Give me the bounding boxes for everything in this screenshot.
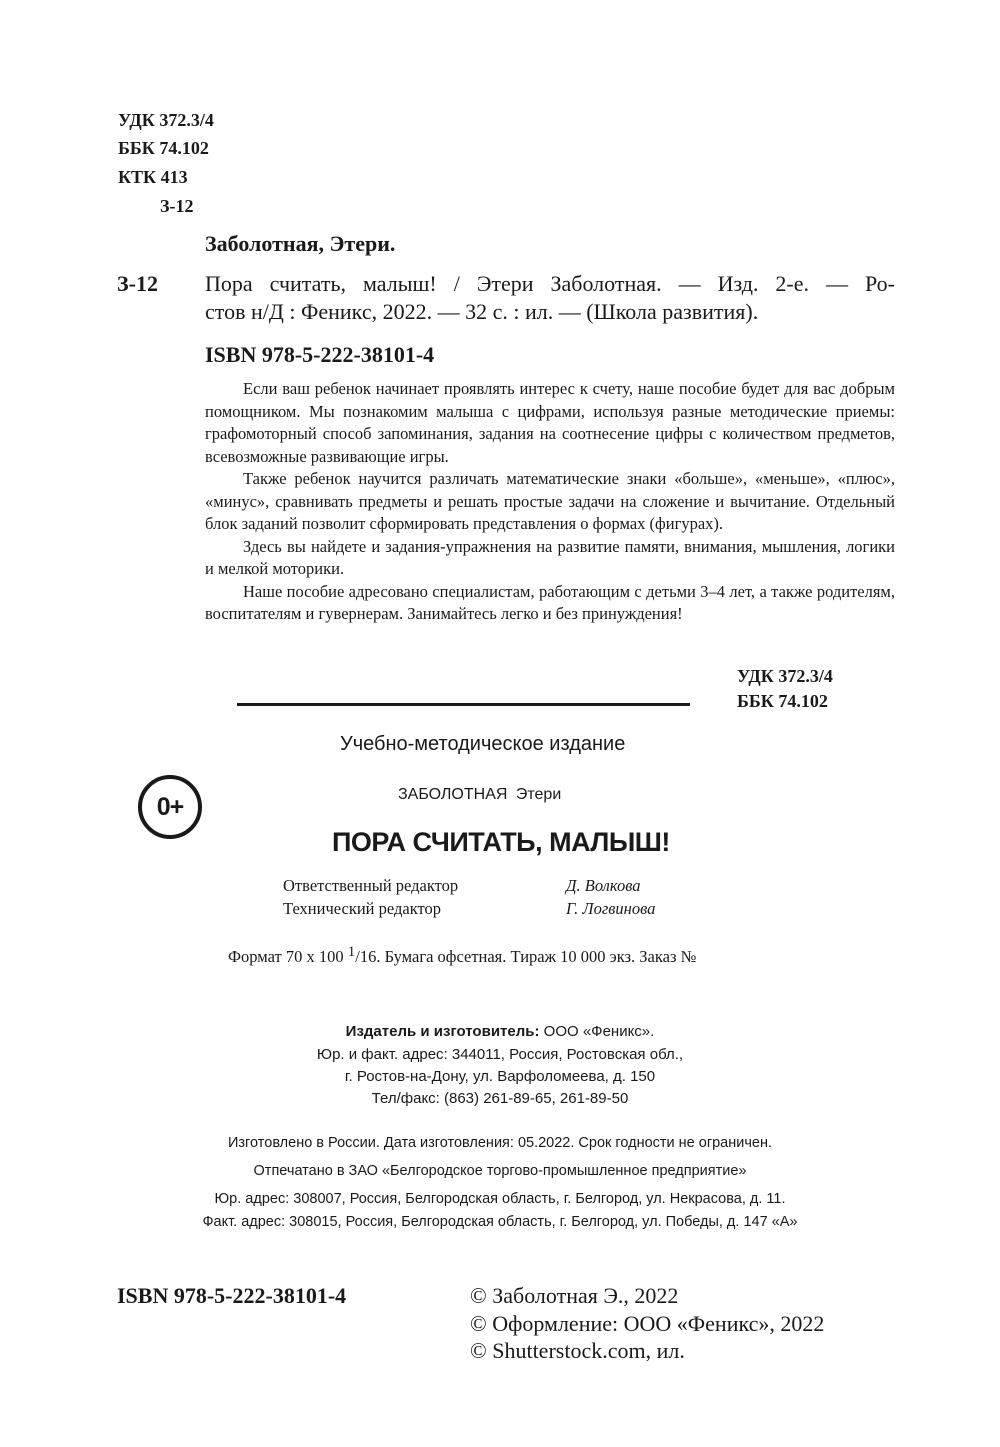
ktk-code: КТК 413 xyxy=(118,167,188,188)
printed-by: Отпечатано в ЗАО «Белгородское торгово-п… xyxy=(0,1163,1000,1179)
author-name: Этери xyxy=(516,786,561,803)
publisher-address-2: г. Ростов-на-Дону, ул. Варфоломеева, д. … xyxy=(0,1068,1000,1085)
udk-code: УДК 372.3/4 xyxy=(118,110,214,131)
edition-author: ЗАБОЛОТНАЯ Этери xyxy=(398,786,561,804)
footer-isbn: ISBN 978-5-222-38101-4 xyxy=(117,1283,346,1309)
copyright-illustrations: © Shutterstock.com, ил. xyxy=(470,1338,685,1364)
annotation-bbk: ББК 74.102 xyxy=(737,691,828,712)
editor-name: Г. Логвинова xyxy=(566,899,655,919)
age-rating-label: 0+ xyxy=(157,793,184,822)
edition-type: Учебно-методическое издание xyxy=(340,733,625,756)
publisher-label: Издатель и изготовитель: xyxy=(346,1023,540,1040)
record-author: Заболотная, Этери. xyxy=(205,231,395,257)
publisher-line: Издатель и изготовитель: ООО «Феникс». xyxy=(0,1023,1000,1040)
annotation: Если ваш ребенок начинает проявлять инте… xyxy=(205,378,895,626)
annotation-paragraph: Также ребенок научится различать математ… xyxy=(205,468,895,536)
printer-legal-address: Юр. адрес: 308007, Россия, Белгородская … xyxy=(0,1191,1000,1207)
book-title: ПОРА СЧИТАТЬ, МАЛЫШ! xyxy=(332,827,670,858)
record-line-1: Пора считать, малыш! / Этери Заболотная.… xyxy=(205,271,895,297)
divider-line xyxy=(237,703,690,706)
author-mark: З-12 xyxy=(160,196,194,217)
annotation-paragraph: Наше пособие адресовано специалистам, ра… xyxy=(205,581,895,626)
format-prefix: Формат 70 x 100 xyxy=(228,947,348,966)
annotation-paragraph: Здесь вы найдете и задания-упражнения на… xyxy=(205,536,895,581)
editor-name: Д. Волкова xyxy=(566,876,641,896)
author-surname: ЗАБОЛОТНАЯ xyxy=(398,786,507,803)
copyright-design: © Оформление: ООО «Феникс», 2022 xyxy=(470,1311,824,1337)
record-line-2: стов н/Д : Феникс, 2022. — 32 с. : ил. —… xyxy=(205,299,758,325)
annotation-udk: УДК 372.3/4 xyxy=(737,666,833,687)
record-mark: З-12 xyxy=(117,271,158,297)
publisher-phone: Тел/факс: (863) 261-89-65, 261-89-50 xyxy=(0,1090,1000,1107)
annotation-paragraph: Если ваш ребенок начинает проявлять инте… xyxy=(205,378,895,468)
age-rating-icon: 0+ xyxy=(138,775,202,839)
format-suffix: /16. Бумага офсетная. Тираж 10 000 экз. … xyxy=(355,947,696,966)
bbk-code: ББК 74.102 xyxy=(118,138,209,159)
publisher-name: ООО «Феникс». xyxy=(539,1023,654,1040)
made-in-info: Изготовлено в России. Дата изготовления:… xyxy=(0,1135,1000,1151)
printer-actual-address: Факт. адрес: 308015, Россия, Белгородска… xyxy=(0,1214,1000,1230)
editor-role: Ответственный редактор xyxy=(283,876,458,896)
editor-role: Технический редактор xyxy=(283,899,441,919)
record-isbn: ISBN 978-5-222-38101-4 xyxy=(205,342,434,368)
copyright-author: © Заболотная Э., 2022 xyxy=(470,1283,678,1309)
publisher-address-1: Юр. и факт. адрес: 344011, Россия, Росто… xyxy=(0,1046,1000,1063)
format-info: Формат 70 x 100 1/16. Бумага офсетная. Т… xyxy=(228,944,696,967)
